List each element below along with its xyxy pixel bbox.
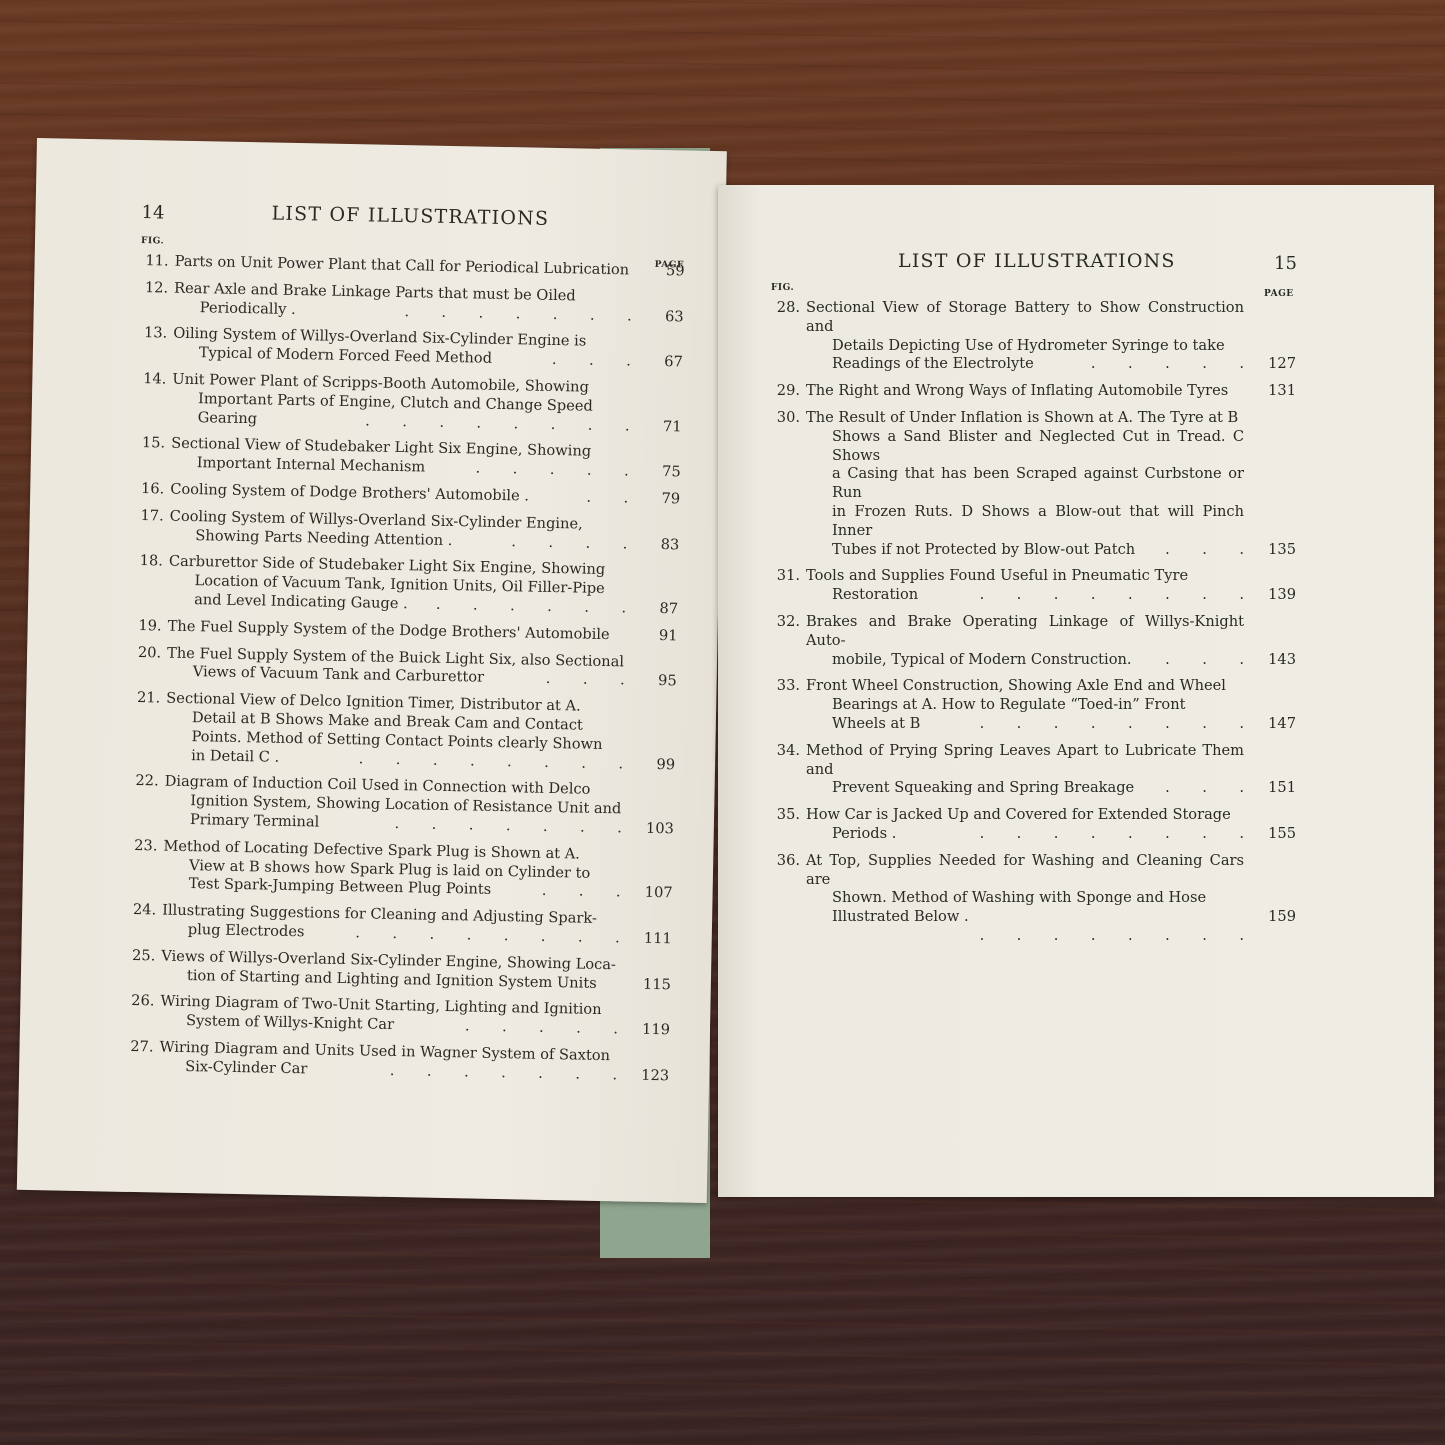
figure-number: 33. [766,677,800,696]
page-reference: 99 [631,755,675,775]
list-entry: 25.Views of Willys-Overland Six-Cylinder… [121,946,672,994]
caption-line: Readings of the Electrolyte . . . . . [806,355,1244,374]
figure-caption: The Fuel Supply System of the Buick Ligh… [167,644,626,690]
caption-line: The Result of Under Inflation is Shown a… [806,409,1244,428]
page-number-left: 14 [141,202,164,223]
figure-caption: Method of Locating Defective Spark Plug … [163,837,622,902]
caption-line: Tubes if not Protected by Blow-out Patch… [806,541,1244,560]
caption-line: Details Depicting Use of Hydrometer Syri… [806,337,1244,356]
figure-caption: Diagram of Induction Coil Used in Connec… [164,773,623,838]
page-reference: 103 [630,819,674,839]
figure-number: 13. [133,324,167,343]
list-entry: 19.The Fuel Supply System of the Dodge B… [127,617,677,646]
dot-leaders: . . . . . . . . [966,715,1244,734]
dot-leaders: . . [572,488,628,508]
figure-caption: Views of Willys-Overland Six-Cylinder En… [161,947,620,993]
page-reference: 143 [1252,651,1296,670]
dot-leaders: . . . [532,670,625,691]
figure-caption: Carburettor Side of Studebaker Light Six… [168,553,627,618]
page-reference: 107 [628,884,672,904]
figure-number: 36. [766,852,800,871]
figure-caption: Front Wheel Construction, Showing Axle E… [806,677,1244,733]
dot-leaders: . . . [538,351,631,372]
figure-caption: How Car is Jacked Up and Covered for Ext… [806,806,1244,844]
caption-line: Periods . . . . . . . . . [806,825,1244,844]
list-entry: 33.Front Wheel Construction, Showing Axl… [766,677,1296,733]
figure-caption: Brakes and Brake Operating Linkage of Wi… [806,613,1244,669]
list-entry: 29.The Right and Wrong Ways of Inflating… [766,382,1296,401]
page-reference: 95 [632,672,676,692]
page-reference: 111 [628,929,672,949]
list-entry: 11.Parts on Unit Power Plant that Call f… [134,252,684,281]
figure-number: 24. [122,901,156,920]
page-reference: 71 [637,417,681,437]
figure-caption: Sectional View of Delco Ignition Timer, … [165,690,624,774]
caption-line: Sectional View of Storage Battery to Sho… [806,299,1244,337]
dot-leaders: . . . . [497,532,627,553]
page-reference: 79 [636,490,680,510]
right-page: LIST OF ILLUSTRATIONS 15 FIG. PAGE 28.Se… [718,185,1434,1197]
figure-caption: Tools and Supplies Found Useful in Pneum… [806,567,1244,605]
caption-line: How Car is Jacked Up and Covered for Ext… [806,806,1244,825]
figure-caption: Cooling System of Willys-Overland Six-Cy… [169,507,628,553]
figure-caption: Rear Axle and Brake Linkage Parts that m… [174,279,633,325]
caption-line: Cooling System of Dodge Brothers' Automo… [170,481,628,509]
dot-leaders: . . . [528,882,621,903]
figure-number: 23. [123,837,157,856]
caption-line: Shows a Sand Blister and Neglected Cut i… [806,428,1244,466]
figure-number: 27. [119,1038,153,1057]
dot-leaders: . . . [1151,541,1244,560]
figure-caption: Illustrating Suggestions for Cleaning an… [162,902,621,948]
figure-number: 14. [132,370,166,389]
figure-caption: The Fuel Supply System of the Dodge Brot… [167,617,625,645]
page-reference: 83 [635,535,679,555]
list-entry: 12.Rear Axle and Brake Linkage Parts tha… [134,279,685,327]
left-page: 14 LIST OF ILLUSTRATIONS FIG. PAGE 11.Pa… [17,138,727,1203]
figure-caption: Unit Power Plant of Scripps-Booth Automo… [171,371,630,436]
illustration-list-right: 28.Sectional View of Storage Battery to … [766,299,1296,946]
caption-line: Restoration . . . . . . . . [806,586,1244,605]
figure-number: 29. [766,382,800,401]
running-head-right: LIST OF ILLUSTRATIONS [898,250,1176,272]
list-entry: 35.How Car is Jacked Up and Covered for … [766,806,1296,844]
list-entry: 24.Illustrating Suggestions for Cleaning… [122,901,673,949]
list-entry: 26.Wiring Diagram of Two-Unit Starting, … [120,992,671,1040]
figure-caption: Wiring Diagram of Two-Unit Starting, Lig… [160,993,619,1039]
page-reference: 147 [1252,715,1296,734]
caption-line: Prevent Squeaking and Spring Breakage . … [806,779,1244,798]
fig-column-label: FIG. [141,236,164,246]
caption-line: Bearings at A. How to Regulate “Toed-in”… [806,696,1244,715]
list-entry: 22.Diagram of Induction Coil Used in Con… [124,772,675,839]
figure-number: 19. [127,617,161,636]
caption-line: The Fuel Supply System of the Dodge Brot… [167,617,625,645]
dot-leaders: . . . [1151,651,1244,670]
page-reference: 87 [634,600,678,620]
figure-caption: Method of Prying Spring Leaves Apart to … [806,742,1244,798]
list-entry: 21.Sectional View of Delco Ignition Time… [125,689,676,775]
figure-caption: The Result of Under Inflation is Shown a… [806,409,1244,559]
caption-line: Brakes and Brake Operating Linkage of Wi… [806,613,1244,651]
list-entry: 28.Sectional View of Storage Battery to … [766,299,1296,374]
dot-leaders: . . . [1151,779,1244,798]
list-entry: 34.Method of Prying Spring Leaves Apart … [766,742,1296,798]
figure-number: 11. [134,252,168,271]
list-entry: 32.Brakes and Brake Operating Linkage of… [766,613,1296,669]
caption-line: mobile, Typical of Modern Construction. … [806,651,1244,670]
figure-caption: Sectional View of Studebaker Light Six E… [171,435,630,481]
dot-leaders: . . . . . . . [390,302,632,325]
dot-leaders: . . . . . . . . [966,586,1244,605]
figure-number: 18. [129,552,163,571]
dot-leaders: . . . . . . . . [966,825,1244,844]
caption-line: Shown. Method of Washing with Sponge and… [806,889,1244,908]
figure-number: 26. [120,992,154,1011]
page-reference: 155 [1252,825,1296,844]
figure-caption: The Right and Wrong Ways of Inflating Au… [806,382,1244,401]
figure-number: 17. [130,507,164,526]
figure-caption: Parts on Unit Power Plant that Call for … [174,253,632,281]
figure-number: 20. [127,643,161,662]
page-reference: 119 [626,1021,670,1041]
illustration-list-left: 11.Parts on Unit Power Plant that Call f… [119,252,685,1094]
page-reference: 159 [1252,908,1296,927]
caption-line: Method of Prying Spring Leaves Apart to … [806,742,1244,780]
page-reference: 115 [627,975,671,995]
dot-leaders: . . . . . [451,1017,618,1039]
list-entry: 36.At Top, Supplies Needed for Washing a… [766,852,1296,927]
page-reference: 135 [1252,541,1296,560]
page-reference: 123 [625,1066,669,1086]
list-entry: 18.Carburettor Side of Studebaker Light … [128,552,679,619]
page-reference: 151 [1252,779,1296,798]
fig-column-label: FIG. [771,283,794,293]
figure-number: 28. [766,299,800,318]
page-number-right: 15 [1274,253,1297,274]
page-column-label: PAGE [1264,289,1294,299]
caption-line: Parts on Unit Power Plant that Call for … [174,253,632,281]
page-reference: 91 [633,626,677,646]
caption-line: The Right and Wrong Ways of Inflating Au… [806,382,1244,401]
page-reference: 59 [640,262,684,282]
dot-leaders: . . . . . [1077,355,1244,374]
page-reference: 127 [1252,355,1296,374]
dot-leaders: . . . . . . [422,595,626,618]
page-reference: 67 [639,353,683,373]
list-entry: 15.Sectional View of Studebaker Light Si… [131,434,682,482]
caption-line: At Top, Supplies Needed for Washing and … [806,852,1244,890]
caption-line: a Casing that has been Scraped against C… [806,465,1244,503]
figure-caption: Oiling System of Willys-Overland Six-Cyl… [173,325,632,371]
page-reference: 75 [637,463,681,483]
list-entry: 13.Oiling System of Willys-Overland Six-… [133,324,684,372]
dot-leaders: . . . . . [462,459,629,481]
list-entry: 17.Cooling System of Willys-Overland Six… [129,507,680,555]
figure-number: 25. [121,946,155,965]
list-entry: 20.The Fuel Supply System of the Buick L… [127,643,678,691]
figure-number: 21. [126,689,160,708]
list-entry: 23.Method of Locating Defective Spark Pl… [123,837,674,904]
page-reference: 139 [1252,586,1296,605]
dot-leaders: . . . . . . . . [966,927,1244,946]
running-head-left: LIST OF ILLUSTRATIONS [271,203,549,230]
figure-caption: Cooling System of Dodge Brothers' Automo… [170,481,628,509]
figure-number: 30. [766,409,800,428]
figure-caption: At Top, Supplies Needed for Washing and … [806,852,1244,927]
caption-line: Illustrated Below . . . . . . . . . [806,908,1244,927]
list-entry: 16.Cooling System of Dodge Brothers' Aut… [130,480,680,509]
caption-line: Front Wheel Construction, Showing Axle E… [806,677,1244,696]
page-reference: 131 [1252,382,1296,401]
caption-line: in Frozen Ruts. D Shows a Blow-out that … [806,503,1244,541]
figure-number: 16. [130,480,164,499]
figure-caption: Sectional View of Storage Battery to Sho… [806,299,1244,374]
caption-line: Tools and Supplies Found Useful in Pneum… [806,567,1244,586]
figure-number: 15. [131,434,165,453]
figure-number: 34. [766,742,800,761]
list-entry: 30.The Result of Under Inflation is Show… [766,409,1296,559]
figure-caption: Wiring Diagram and Units Used in Wagner … [159,1038,618,1084]
list-entry: 14.Unit Power Plant of Scripps-Booth Aut… [131,370,682,437]
figure-number: 35. [766,806,800,825]
figure-number: 22. [124,772,158,791]
figure-number: 32. [766,613,800,632]
list-entry: 27.Wiring Diagram and Units Used in Wagn… [119,1038,670,1086]
figure-number: 31. [766,567,800,586]
caption-line: Wheels at B . . . . . . . . [806,715,1244,734]
figure-number: 12. [134,279,168,298]
list-entry: 31.Tools and Supplies Found Useful in Pn… [766,567,1296,605]
page-reference: 63 [640,307,684,327]
